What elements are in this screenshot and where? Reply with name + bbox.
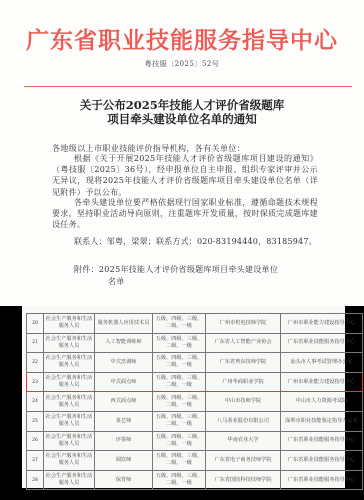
occupation-name: 调饮师 xyxy=(95,451,153,471)
guidance-org: 广东省职业技能服务指导中心 xyxy=(281,451,363,471)
notice-title: 关于公布2025年技能人才评价省级题库 项目牵头建设单位名单的通知 xyxy=(0,98,364,126)
contact-info: 联系人：邹粤，梁翠；联系方式：020-83194440，83185947。 xyxy=(74,236,317,247)
skill-levels: 五级、四级、三级、二级、一级 xyxy=(153,411,206,431)
guidance-org: 广东省职业技能服务指导中心 xyxy=(281,431,363,451)
row-number: 27 xyxy=(27,451,44,471)
lead-unit: 广东省人工智能产业协会 xyxy=(206,333,281,353)
skill-levels: 五级、四级、三级、二级、一级 xyxy=(153,372,206,392)
lead-unit: 中山市技师学院 xyxy=(206,392,281,412)
skill-levels: 五级、四级、三级、二级、一级 xyxy=(153,353,206,373)
row-number: 21 xyxy=(27,333,44,353)
table-row: 21 社会生产服务和生活服务人员 人工智能训练师 五级、四级、三级、二级、一级 … xyxy=(27,333,363,353)
occupation-category: 社会生产服务和生活服务人员 xyxy=(44,372,95,392)
occupation-category: 社会生产服务和生活服务人员 xyxy=(44,392,95,412)
attachment-table-photo: 20 社会生产服务和生活服务人员 服务机器人应用技术员 五级、四级、三级、二级、… xyxy=(22,306,345,488)
guidance-org: 深圳市职业技能鉴定指导办公室 xyxy=(281,411,363,431)
row-number: 23 xyxy=(27,372,44,392)
guidance-org: 广东省职业技能服务指导中心 xyxy=(281,333,363,353)
lead-unit: 广东省粤东技师学院 xyxy=(206,353,281,373)
skill-levels: 五级、四级、三级、二级、一级 xyxy=(153,392,206,412)
lead-unit: 八马茶业股份有限公司 xyxy=(206,411,281,431)
row-number: 22 xyxy=(27,353,44,373)
row-number: 26 xyxy=(27,431,44,451)
lead-unit: 广东省国防科技技师学院 xyxy=(206,470,281,490)
table-row: 24 社会生产服务和生活服务人员 西式面点师 五级、四级、三级、二级、一级 中山… xyxy=(27,392,363,412)
row-number: 20 xyxy=(27,314,44,334)
lead-unit-table: 20 社会生产服务和生活服务人员 服务机器人应用技术员 五级、四级、三级、二级、… xyxy=(26,313,363,490)
occupation-category: 社会生产服务和生活服务人员 xyxy=(44,470,95,490)
table-row: 26 社会生产服务和生活服务人员 评茶师 五级、四级、三级、二级、一级 华南农业… xyxy=(27,431,363,451)
skill-levels: 五级、四级、三级、二级、一级 xyxy=(153,431,206,451)
occupation-category: 社会生产服务和生活服务人员 xyxy=(44,431,95,451)
lead-unit: 华南农业大学 xyxy=(206,431,281,451)
occupation-name: 评茶师 xyxy=(95,431,153,451)
row-number: 24 xyxy=(27,392,44,412)
lead-unit: 广州市机电技师学院 xyxy=(206,314,281,334)
occupation-category: 社会生产服务和生活服务人员 xyxy=(44,451,95,471)
attachment-line-2: 名单 xyxy=(74,276,324,288)
notice-title-line-2: 项目牵头建设单位名单的通知 xyxy=(0,112,364,126)
occupation-category: 社会生产服务和生活服务人员 xyxy=(44,353,95,373)
attachment-note: 附件：2025年技能人才评价省级题库项目牵头建设单位 名单 xyxy=(74,264,324,288)
notice-page: 广东省职业技能服务指导中心 粤技服〔2025〕52号 关于公布2025年技能人才… xyxy=(0,0,364,306)
guidance-org: 汕头市人事考试管理办公室 xyxy=(281,353,363,373)
skill-levels: 五级、四级、三级、二级、一级 xyxy=(153,470,206,490)
body-paragraph-1: 根据《关于开展2025年技能人才评价省级题库项目建设的通知》（粤技服〔2025〕… xyxy=(52,153,318,198)
occupation-name: 人工智能训练师 xyxy=(95,333,153,353)
occupation-category: 社会生产服务和生活服务人员 xyxy=(44,314,95,334)
guidance-org: 中山市人力资源考试院 xyxy=(281,392,363,412)
occupation-category: 社会生产服务和生活服务人员 xyxy=(44,411,95,431)
occupation-name: 中式面点师 xyxy=(95,372,153,392)
occupation-name: 服务机器人应用技术员 xyxy=(95,314,153,334)
row-number: 25 xyxy=(27,411,44,431)
document-number: 粤技服〔2025〕52号 xyxy=(0,59,364,69)
occupation-category: 社会生产服务和生活服务人员 xyxy=(44,333,95,353)
table-row: 28 社会生产服务和生活服务人员 保育师 五级、四级、三级、二级、一级 广东省国… xyxy=(27,470,363,490)
guidance-org: 广州市职业能力建设指导中心 xyxy=(281,314,363,334)
org-letterhead-title: 广东省职业技能服务指导中心 xyxy=(0,22,364,55)
table-row: 20 社会生产服务和生活服务人员 服务机器人应用技术员 五级、四级、三级、二级、… xyxy=(27,314,363,334)
attachment-line-1: 附件：2025年技能人才评价省级题库项目牵头建设单位 xyxy=(74,265,278,274)
notice-title-line-1: 关于公布2025年技能人才评价省级题库 xyxy=(0,98,364,112)
guidance-org: 广州市职业能力建设指导中心 xyxy=(281,372,363,392)
letterhead-red-divider xyxy=(24,86,352,87)
occupation-name: 中式烹调师 xyxy=(95,353,153,373)
guidance-org: 广东省职业技能服务指导中心 xyxy=(281,470,363,490)
body-paragraph-2: 各牵头建设单位要严格依据现行国家职业标准，遵循命题技术规程要求，坚持职业活动导向… xyxy=(52,197,318,231)
skill-levels: 五级、四级、三级、二级、一级 xyxy=(153,333,206,353)
occupation-name: 茶艺师 xyxy=(95,411,153,431)
occupation-name: 保育师 xyxy=(95,470,153,490)
table-row-highlighted: 23 社会生产服务和生活服务人员 中式面点师 五级、四级、三级、二级、一级 广州… xyxy=(27,372,363,392)
skill-levels: 五级、四级、三级、二级、一级 xyxy=(153,314,206,334)
row-number: 28 xyxy=(27,470,44,490)
table-row: 27 社会生产服务和生活服务人员 调饮师 五级、四级、三级、二级、一级 广东省电… xyxy=(27,451,363,471)
table-row: 22 社会生产服务和生活服务人员 中式烹调师 五级、四级、三级、二级、一级 广东… xyxy=(27,353,363,373)
skill-levels: 五级、四级、三级、二级、一级 xyxy=(153,451,206,471)
occupation-name: 西式面点师 xyxy=(95,392,153,412)
lead-unit: 广东省电子商务技师学院 xyxy=(206,451,281,471)
lead-unit: 广州华商职业学院 xyxy=(206,372,281,392)
table-row: 25 社会生产服务和生活服务人员 茶艺师 五级、四级、三级、二级、一级 八马茶业… xyxy=(27,411,363,431)
